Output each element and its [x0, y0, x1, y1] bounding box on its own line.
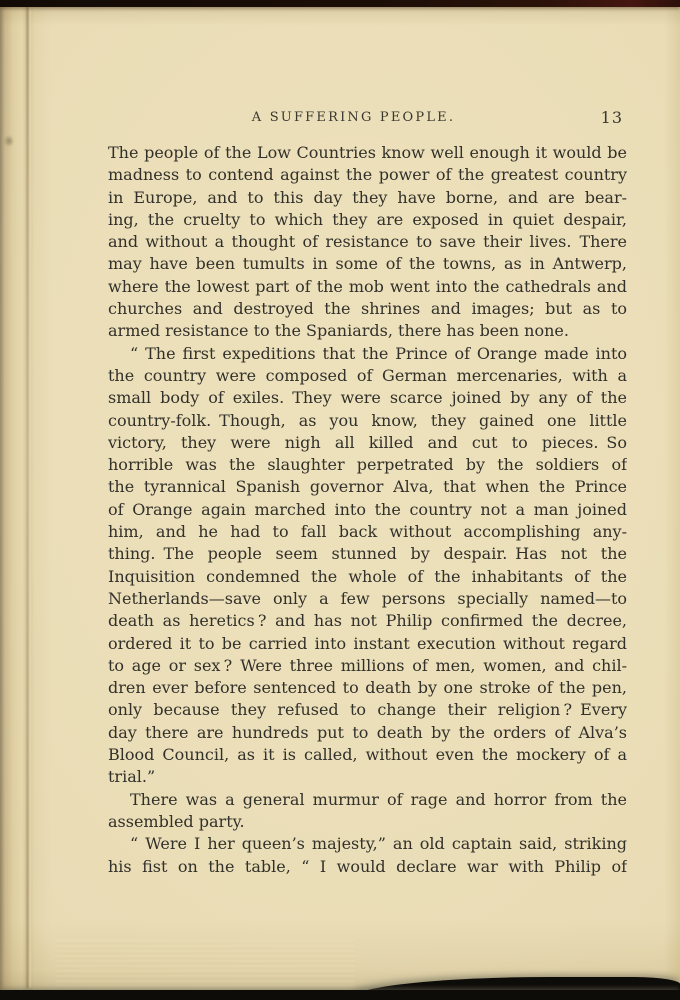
- text-line: thing. The people seem stunned by despai…: [108, 543, 627, 565]
- text-line: The people of the Low Countries know wel…: [108, 142, 627, 164]
- text-line: country-folk. Though, as you know, they …: [108, 410, 627, 432]
- text-line: and without a thought of resistance to s…: [108, 231, 627, 253]
- chapter-title: A SUFFERING PEOPLE.: [252, 110, 455, 125]
- text-line: “ Were I her queen’s majesty,” an old ca…: [108, 833, 627, 855]
- text-line: ordered it to be carried into instant ex…: [108, 633, 627, 655]
- text-line: small body of exiles. They were scarce j…: [108, 387, 627, 409]
- text-line: the country were composed of German merc…: [108, 365, 627, 387]
- text-line: dren ever before sentenced to death by o…: [108, 677, 627, 699]
- paragraph: The people of the Low Countries know wel…: [108, 142, 627, 343]
- text-line: churches and destroyed the shrines and i…: [108, 298, 627, 320]
- text-line: only because they refused to change thei…: [108, 699, 627, 721]
- text-line: of Orange again marched into the country…: [108, 499, 627, 521]
- paragraph: There was a general murmur of rage and h…: [108, 789, 627, 834]
- page-number: 13: [601, 108, 623, 127]
- text-line: his fist on the table, “ I would declare…: [108, 856, 627, 878]
- text-line: trial.”: [108, 766, 627, 788]
- book-bottom-edge: [0, 990, 680, 1000]
- gutter-crease-highlight: [29, 7, 31, 988]
- text-line: may have been tumults in some of the tow…: [108, 253, 627, 275]
- text-line: horrible was the slaughter perpetrated b…: [108, 454, 627, 476]
- text-line: death as heretics ? and has not Philip c…: [108, 610, 627, 632]
- ink-smudge: [2, 133, 16, 149]
- text-line: There was a general murmur of rage and h…: [108, 789, 627, 811]
- text-line: him, and he had to fall back without acc…: [108, 521, 627, 543]
- text-line: “ The first expeditions that the Prince …: [108, 343, 627, 365]
- text-line: Inquisition condemned the whole of the i…: [108, 566, 627, 588]
- text-line: in Europe, and to this day they have bor…: [108, 187, 627, 209]
- text-line: victory, they were nigh all killed and c…: [108, 432, 627, 454]
- text-line: where the lowest part of the mob went in…: [108, 276, 627, 298]
- text-block: The people of the Low Countries know wel…: [108, 142, 627, 878]
- running-head: A SUFFERING PEOPLE. 13: [108, 108, 627, 130]
- text-line: to age or sex ? Were three millions of m…: [108, 655, 627, 677]
- paragraph: “ The first expeditions that the Prince …: [108, 343, 627, 789]
- text-line: assembled party.: [108, 811, 627, 833]
- text-line: madness to contend against the power of …: [108, 164, 627, 186]
- text-line: armed resistance to the Spaniards, there…: [108, 320, 627, 342]
- text-line: the tyrannical Spanish governor Alva, th…: [108, 476, 627, 498]
- text-line: Netherlands—save only a few persons spec…: [108, 588, 627, 610]
- paragraph: “ Were I her queen’s majesty,” an old ca…: [108, 833, 627, 878]
- text-line: ing, the cruelty to which they are expos…: [108, 209, 627, 231]
- page-block-edge-striations: [55, 940, 355, 986]
- book-spine-top-edge: [0, 0, 680, 7]
- scanned-book-page: A SUFFERING PEOPLE. 13 The people of the…: [0, 0, 680, 1000]
- text-line: day there are hundreds put to death by t…: [108, 722, 627, 744]
- text-line: Blood Council, as it is called, without …: [108, 744, 627, 766]
